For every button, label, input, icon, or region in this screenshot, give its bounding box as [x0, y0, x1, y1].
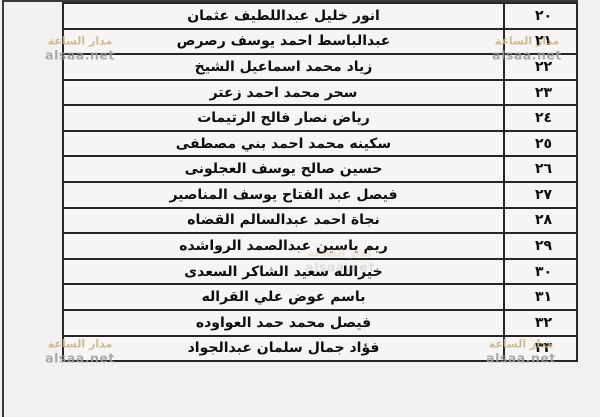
- row-number-cell: ٢٣: [505, 81, 576, 105]
- table-row: زياد محمد اسماعيل الشيخ٢٢: [64, 55, 576, 81]
- name-cell: خيرالله سعيد الشاكر السعدى: [64, 260, 505, 284]
- names-table: انور خليل عبداللطيف عثمان٢٠عبدالباسط احم…: [62, 2, 578, 362]
- table-row: حسين صالح يوسف العجلونى٢٦: [64, 157, 576, 183]
- page-edge-line: [2, 0, 4, 417]
- row-number-cell: ٣٢: [505, 311, 576, 335]
- scanned-document-page: انور خليل عبداللطيف عثمان٢٠عبدالباسط احم…: [0, 0, 600, 417]
- table-row: فيصل عبد الفتاح يوسف المناصير٢٧: [64, 183, 576, 209]
- name-cell: سحر محمد احمد زعتر: [64, 81, 505, 105]
- name-cell: زياد محمد اسماعيل الشيخ: [64, 55, 505, 79]
- name-cell: حسين صالح يوسف العجلونى: [64, 157, 505, 181]
- row-number-cell: ٢٥: [505, 132, 576, 156]
- row-number-cell: ٢٩: [505, 234, 576, 258]
- row-number-cell: ٢٢: [505, 55, 576, 79]
- table-row: فيصل محمد حمد العواوده٣٢: [64, 311, 576, 337]
- row-number-cell: ٢٤: [505, 106, 576, 130]
- table-row: سكينه محمد احمد بني مصطفى٢٥: [64, 132, 576, 158]
- name-cell: رياض نصار فالح الرتيمات: [64, 106, 505, 130]
- name-cell: ريم ياسين عبدالصمد الرواشده: [64, 234, 505, 258]
- name-cell: عبدالباسط احمد يوسف رصرص: [64, 30, 505, 54]
- table-row: انور خليل عبداللطيف عثمان٢٠: [64, 4, 576, 30]
- name-cell: فيصل عبد الفتاح يوسف المناصير: [64, 183, 505, 207]
- row-number-cell: ٢٠: [505, 4, 576, 28]
- row-number-cell: ٢٦: [505, 157, 576, 181]
- table-row: باسم عوض علي القراله٣١: [64, 285, 576, 311]
- table-row: فؤاد جمال سلمان عبدالجواد٣٣: [64, 337, 576, 361]
- name-cell: نجاة احمد عبدالسالم القضاه: [64, 209, 505, 233]
- table-row: سحر محمد احمد زعتر٢٣: [64, 81, 576, 107]
- row-number-cell: ٢٧: [505, 183, 576, 207]
- table-row: خيرالله سعيد الشاكر السعدى٣٠: [64, 260, 576, 286]
- name-cell: فؤاد جمال سلمان عبدالجواد: [64, 337, 505, 361]
- name-cell: فيصل محمد حمد العواوده: [64, 311, 505, 335]
- row-number-cell: ٣١: [505, 285, 576, 309]
- table-row: عبدالباسط احمد يوسف رصرص٢١: [64, 30, 576, 56]
- row-number-cell: ٢١: [505, 30, 576, 54]
- table-row: ريم ياسين عبدالصمد الرواشده٢٩: [64, 234, 576, 260]
- table-row: رياض نصار فالح الرتيمات٢٤: [64, 106, 576, 132]
- row-number-cell: ٣٣: [505, 337, 576, 361]
- row-number-cell: ٣٠: [505, 260, 576, 284]
- row-number-cell: ٢٨: [505, 209, 576, 233]
- table-row: نجاة احمد عبدالسالم القضاه٢٨: [64, 209, 576, 235]
- name-cell: باسم عوض علي القراله: [64, 285, 505, 309]
- name-cell: انور خليل عبداللطيف عثمان: [64, 4, 505, 28]
- name-cell: سكينه محمد احمد بني مصطفى: [64, 132, 505, 156]
